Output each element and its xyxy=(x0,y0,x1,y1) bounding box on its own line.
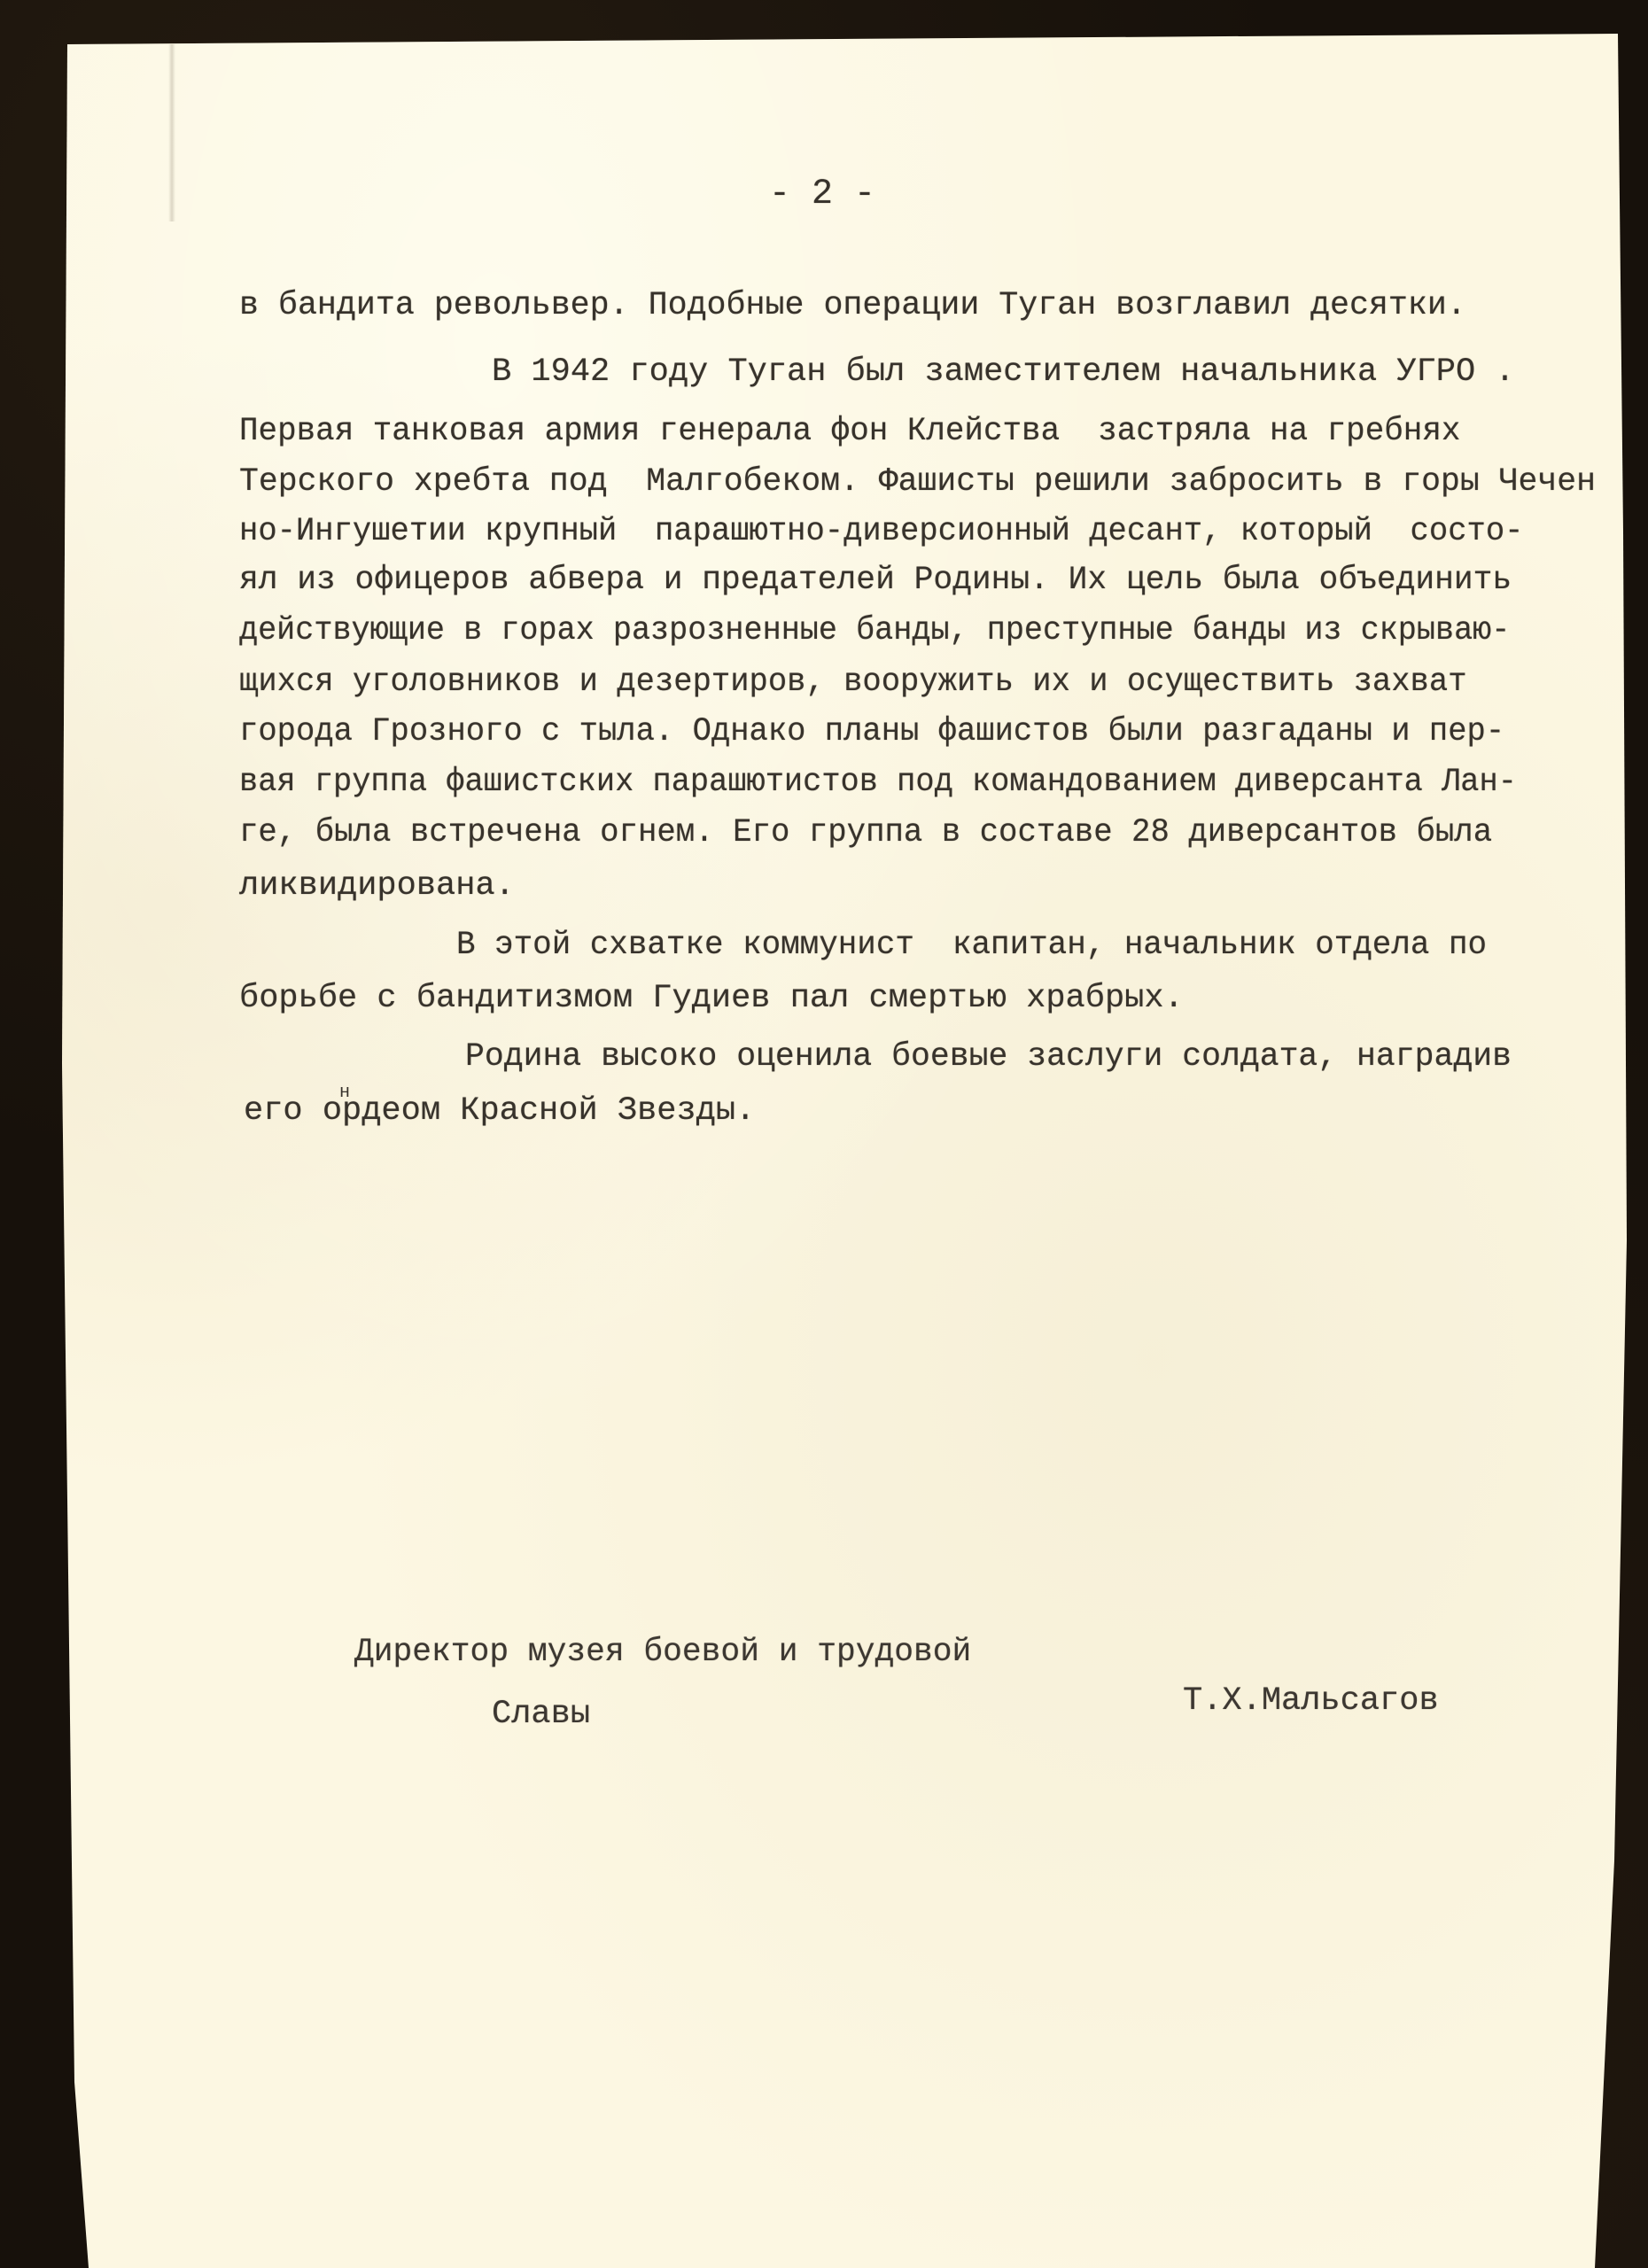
text-line-10: вая группа фашистских парашютистов под к… xyxy=(239,766,1517,799)
text-line-9: города Грозного с тыла. Однако планы фаш… xyxy=(239,716,1504,749)
signature-title-line1: Директор музея боевой и трудовой xyxy=(354,1636,971,1669)
text-line-16: его ордеом Красной Звезды. xyxy=(244,1095,755,1128)
text-line-4: Терского хребта под Малгобеком. Фашисты … xyxy=(239,466,1596,499)
signatory-name: Т.Х.Мальсагов xyxy=(1183,1685,1439,1718)
text-line-12: ликвидирована. xyxy=(239,870,515,903)
text-line-3: Первая танковая армия генерала фон Клейс… xyxy=(239,416,1460,448)
text-line-6: ял из офицеров абвера и предателей Родин… xyxy=(239,564,1512,597)
signature-title-line2: Славы xyxy=(492,1698,590,1731)
text-line-2: В 1942 году Туган был заместителем начал… xyxy=(492,356,1515,389)
page-number: - 2 - xyxy=(769,177,875,213)
text-line-14: борьбе с бандитизмом Гудиев пал смертью … xyxy=(239,983,1184,1015)
fold-crease xyxy=(168,44,175,221)
text-line-1: в бандита револьвер. Подобные операции Т… xyxy=(239,290,1466,322)
text-line-15: Родина высоко оценила боевые заслуги сол… xyxy=(465,1041,1512,1074)
text-line-11: ге, была встречена огнем. Его группа в с… xyxy=(239,817,1492,850)
text-line-8: щихся уголовников и дезертиров, вооружит… xyxy=(239,666,1467,699)
text-line-13: В этой схватке коммунист капитан, началь… xyxy=(456,929,1487,962)
paper-sheet: - 2 - в бандита револьвер. Подобные опер… xyxy=(0,0,1648,2268)
text-line-7: действующие в горах разрозненные банды, … xyxy=(239,615,1510,648)
text-line-5: но-Ингушетии крупный парашютно-диверсион… xyxy=(239,516,1523,548)
